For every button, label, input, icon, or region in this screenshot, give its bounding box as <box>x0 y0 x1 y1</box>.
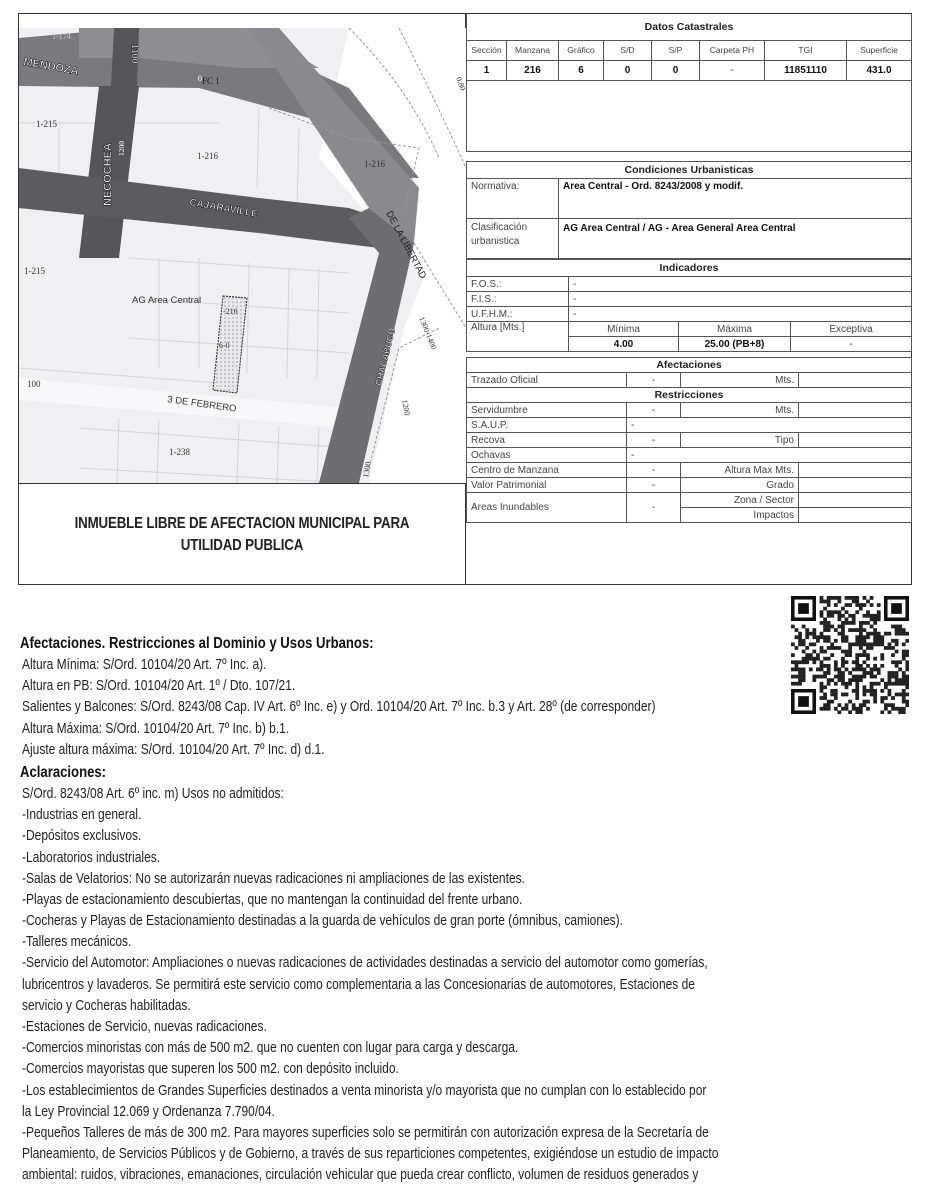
text-line: la Ley Provincial 12.069 y Ordenanza 7.7… <box>22 1101 646 1122</box>
cell-manzana: 216 <box>507 60 559 80</box>
clasificacion-value: AG Area Central / AG - Area General Area… <box>559 219 912 259</box>
col-header: TGI <box>765 40 847 60</box>
restriccion-sub-value <box>799 478 912 493</box>
aclaraciones-title: Aclaraciones: <box>20 763 661 783</box>
restriccion-sub-label: Tipo <box>681 433 799 448</box>
indicadores-table: Indicadores F.O.S.: - F.I.S.: - U.F.H.M.… <box>466 259 912 352</box>
cell-carpeta-ph: - <box>700 60 765 80</box>
condiciones-table: Condiciones Urbanisticas Normativa: Area… <box>466 161 912 259</box>
text-line: -Laboratorios industriales. <box>22 847 646 868</box>
block-label: 1-238 <box>169 447 190 457</box>
normativa-value: Area Central - Ord. 8243/2008 y modif. <box>559 179 912 219</box>
text-line: Altura en PB: S/Ord. 10104/20 Art. 1º / … <box>22 675 646 696</box>
restriccion-sub-value <box>799 463 912 478</box>
restriccion-value: - <box>627 448 912 463</box>
catastral-title: Datos Catastrales <box>467 14 912 40</box>
afectaciones-table: Afectaciones Trazado Oficial - Mts. Rest… <box>466 357 912 523</box>
block-label: 1-216 <box>197 151 218 161</box>
afectaciones-text-title: Afectaciones. Restricciones al Dominio y… <box>20 634 661 654</box>
restricciones-title: Restricciones <box>467 388 912 403</box>
trazado-value: - <box>627 373 681 388</box>
altura-minima-value: 4.00 <box>569 337 679 352</box>
altura-header-maxima: Máxima <box>679 322 791 337</box>
restriccion-sub-label: Zona / Sector <box>681 493 799 508</box>
text-line: servicio y Cocheras habilitadas. <box>22 995 646 1016</box>
cadastral-map: MENDOZA 1100 NECOCHEA CAJARAVILLE DE LA … <box>19 28 466 483</box>
text-line: -Depósitos exclusivos. <box>22 825 646 846</box>
col-header: Carpeta PH <box>700 40 765 60</box>
text-line: Planeamiento, de Servicios Públicos y de… <box>22 1143 646 1164</box>
line-zero-label: 0 <box>198 74 202 83</box>
restriccion-value: - <box>627 463 681 478</box>
fc-label: FC 1 <box>202 76 220 86</box>
block-label: 1-174 <box>52 32 71 41</box>
text-line: -Comercios mayoristas que superen los 50… <box>22 1058 646 1079</box>
cell-seccion: 1 <box>467 60 507 80</box>
restriccion-sub-label: Mts. <box>681 403 799 418</box>
text-line: ambiental: ruidos, vibraciones, emanacio… <box>22 1164 646 1185</box>
street-number-label: 1100 <box>130 44 140 64</box>
restriccion-label: Servidumbre <box>467 403 627 418</box>
qr-code-icon <box>791 596 909 714</box>
block-label: 1-216 <box>364 159 385 169</box>
block-label: 1-215 <box>36 119 57 129</box>
catastral-table: Datos Catastrales Sección Manzana Gráfic… <box>466 14 912 152</box>
indicadores-title: Indicadores <box>467 260 912 277</box>
text-line: -Comercios minoristas con más de 500 m2.… <box>22 1037 646 1058</box>
restriccion-sub-label: Grado <box>681 478 799 493</box>
afectaciones-text-lines: Altura Mínima: S/Ord. 10104/20 Art. 7º I… <box>22 654 802 760</box>
street-number-label: 1200 <box>117 141 126 156</box>
restriccion-label: Areas Inundables <box>467 493 627 523</box>
col-header: Manzana <box>507 40 559 60</box>
block-label: 100 <box>27 379 41 389</box>
text-line: Altura Mínima: S/Ord. 10104/20 Art. 7º I… <box>22 654 646 675</box>
trazado-unit: Mts. <box>681 373 799 388</box>
fis-value: - <box>569 292 912 307</box>
altura-label: Altura [Mts.] <box>467 322 569 352</box>
restriccion-sub-label: Altura Max Mts. <box>681 463 799 478</box>
text-line: -Estaciones de Servicio, nuevas radicaci… <box>22 1016 646 1037</box>
text-line: -Talleres mecánicos. <box>22 931 646 952</box>
text-line: Ajuste altura máxima: S/Ord. 10104/20 Ar… <box>22 739 646 760</box>
cell-superficie: 431.0 <box>847 60 912 80</box>
altura-header-exceptiva: Exceptiva <box>791 322 912 337</box>
street-label-necochea: NECOCHEA <box>102 143 114 206</box>
restriccion-label: Valor Patrimonial <box>467 478 627 493</box>
condiciones-title: Condiciones Urbanisticas <box>467 162 912 179</box>
restriccion-value: - <box>627 433 681 448</box>
cell-tgi: 11851110 <box>765 60 847 80</box>
text-line: -Los establecimientos de Grandes Superfi… <box>22 1080 646 1101</box>
altura-exceptiva-value: - <box>791 337 912 352</box>
text-line: -Salas de Velatorios: No se autorizarán … <box>22 868 646 889</box>
trazado-extra <box>799 373 912 388</box>
restriccion-value: - <box>627 478 681 493</box>
aclaraciones-lines: S/Ord. 8243/08 Art. 6º inc. m) Usos no a… <box>22 783 802 1186</box>
ufhm-label: U.F.H.M.: <box>467 307 569 322</box>
clasificacion-label: Clasificación urbanistica <box>467 219 559 259</box>
restriccion-sub-value <box>799 508 912 523</box>
text-line: -Industrias en general. <box>22 804 646 825</box>
text-line: -Cocheras y Playas de Estacionamiento de… <box>22 910 646 931</box>
col-header: Sección <box>467 40 507 60</box>
parcel-id-label: 6-0 <box>219 341 230 350</box>
clasificacion-label-line-2: urbanistica <box>471 235 554 249</box>
zone-label: AG Area Central <box>132 295 201 306</box>
clasificacion-label-line-1: Clasificación <box>471 221 554 235</box>
afectaciones-title: Afectaciones <box>467 358 912 373</box>
restriccion-value: - <box>627 493 681 523</box>
col-header: Superficie <box>847 40 912 60</box>
text-line: Salientes y Balcones: S/Ord. 8243/08 Cap… <box>22 696 646 717</box>
restriccion-label: S.A.U.P. <box>467 418 627 433</box>
fos-value: - <box>569 277 912 292</box>
normativa-label: Normativa: <box>467 179 559 219</box>
col-header: S/D <box>604 40 652 60</box>
restriccion-sub-value <box>799 493 912 508</box>
caption-text: INMUEBLE LIBRE DE AFECTACION MUNICIPAL P… <box>50 513 434 557</box>
restriccion-label: Centro de Manzana <box>467 463 627 478</box>
col-header: Gráfico <box>559 40 604 60</box>
restriccion-value: - <box>627 418 912 433</box>
col-header: S/P <box>652 40 700 60</box>
fis-label: F.I.S.: <box>467 292 569 307</box>
cell-sd: 0 <box>604 60 652 80</box>
text-line: -Pequeños Talleres de más de 300 m2. Par… <box>22 1122 646 1143</box>
restriccion-label: Ochavas <box>467 448 627 463</box>
restriccion-sub-label: Impactos <box>681 508 799 523</box>
ufhm-value: - <box>569 307 912 322</box>
fos-label: F.O.S.: <box>467 277 569 292</box>
empty-space <box>467 80 912 151</box>
block-label: 1-215 <box>24 266 45 276</box>
text-line: S/Ord. 8243/08 Art. 6º inc. m) Usos no a… <box>22 783 646 804</box>
regulations-text: Afectaciones. Restricciones al Dominio y… <box>22 634 802 1186</box>
cell-sp: 0 <box>652 60 700 80</box>
text-line: -Playas de estacionamiento descubiertas,… <box>22 889 646 910</box>
restriccion-sub-value <box>799 403 912 418</box>
text-line: lubricentros y lavaderos. Se permitirá e… <box>22 974 646 995</box>
restriccion-sub-value <box>799 433 912 448</box>
altura-header-minima: Mínima <box>569 322 679 337</box>
map-drawing: MENDOZA 1100 NECOCHEA CAJARAVILLE DE LA … <box>19 28 466 483</box>
parcel-block-label: -216 <box>223 307 238 316</box>
text-line: Altura Máxima: S/Ord. 10104/20 Art. 7º I… <box>22 718 646 739</box>
text-line: -Servicio del Automotor: Ampliaciones o … <box>22 952 646 973</box>
restriccion-label: Recova <box>467 433 627 448</box>
trazado-label: Trazado Oficial <box>467 373 627 388</box>
altura-maxima-value: 25.00 (PB+8) <box>679 337 791 352</box>
restriccion-value: - <box>627 403 681 418</box>
caption-panel: INMUEBLE LIBRE DE AFECTACION MUNICIPAL P… <box>19 483 465 585</box>
cell-grafico: 6 <box>559 60 604 80</box>
